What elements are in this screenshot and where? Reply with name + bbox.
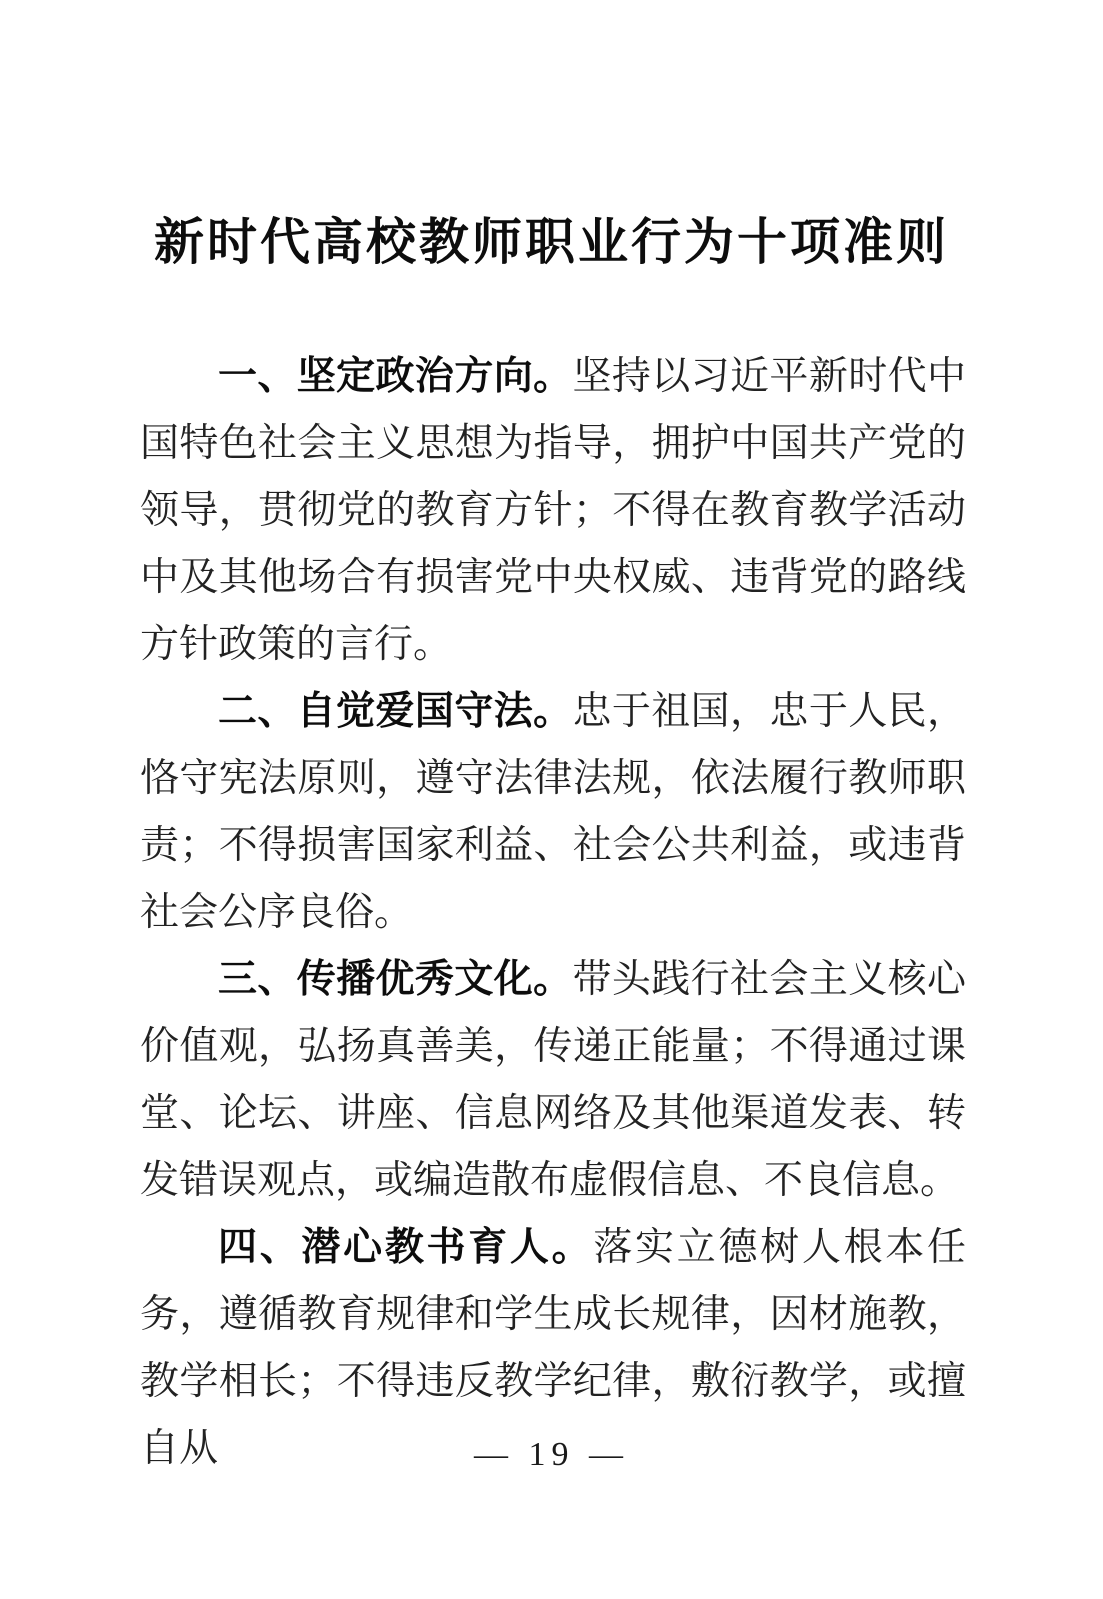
paragraph-3: 三、传播优秀文化。带头践行社会主义核心价值观，弘扬真善美，传递正能量；不得通过课… xyxy=(140,946,966,1214)
document-page: 新时代高校教师职业行为十项准则 一、坚定政治方向。坚持以习近平新时代中国特色社会… xyxy=(0,0,1103,1599)
paragraph-1: 一、坚定政治方向。坚持以习近平新时代中国特色社会主义思想为指导，拥护中国共产党的… xyxy=(140,343,966,678)
page-title: 新时代高校教师职业行为十项准则 xyxy=(0,210,1103,274)
paragraph-1-lead: 一、坚定政治方向。 xyxy=(218,355,573,398)
paragraph-3-lead: 三、传播优秀文化。 xyxy=(218,958,573,1001)
paragraph-1-body: 坚持以习近平新时代中国特色社会主义思想为指导，拥护中国共产党的领导，贯彻党的教育… xyxy=(140,355,966,666)
paragraph-2-lead: 二、自觉爱国守法。 xyxy=(218,690,573,733)
paragraph-2: 二、自觉爱国守法。忠于祖国，忠于人民，恪守宪法原则，遵守法律法规，依法履行教师职… xyxy=(140,678,966,946)
document-body: 一、坚定政治方向。坚持以习近平新时代中国特色社会主义思想为指导，拥护中国共产党的… xyxy=(140,343,966,1482)
page-number: — 19 — xyxy=(0,1436,1103,1474)
paragraph-4-lead: 四、潜心教书育人。 xyxy=(218,1226,593,1269)
